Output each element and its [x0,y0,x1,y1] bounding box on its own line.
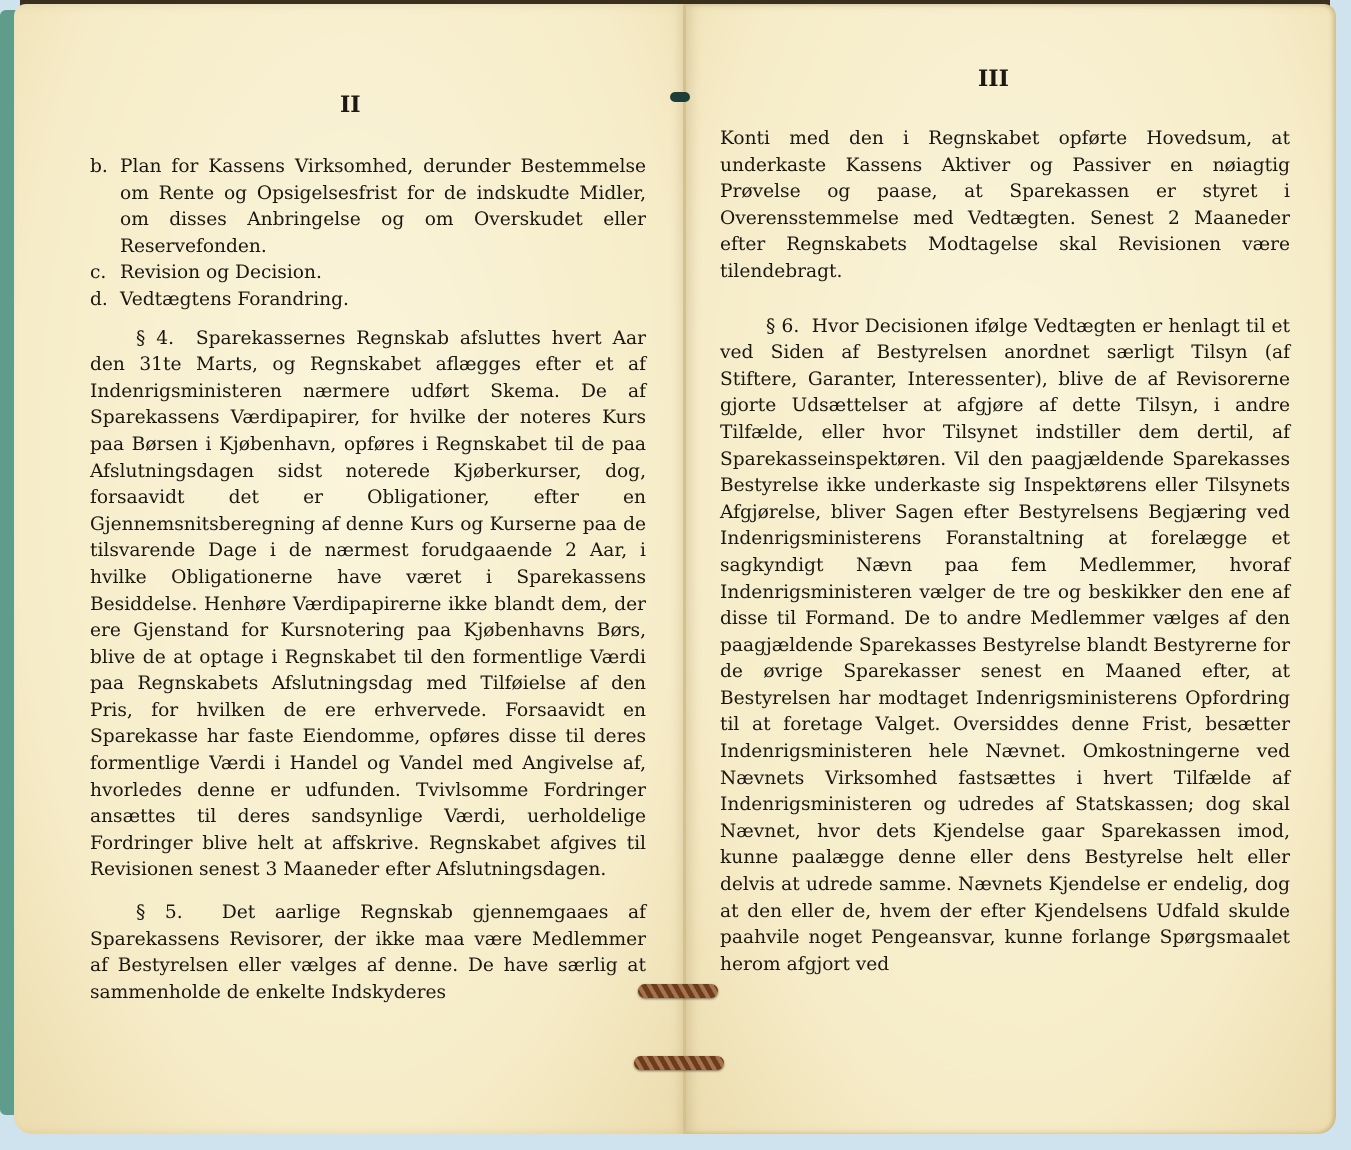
paragraph-section-6: § 6. Hvor Decisionen ifølge Vedtægten er… [720,314,1290,979]
section-number: § 4. [136,328,174,349]
paragraph-text: Konti med den i Regnskabet opførte Hoved… [720,128,1290,282]
list-item: d. Vedtægtens Forandring. [90,287,646,314]
paragraph-section-5: § 5. Det aarlige Regnskab gjennemgaaes a… [90,900,646,1006]
page-number: II [340,92,361,118]
paragraph-text: Hvor Decisionen ifølge Vedtægten er henl… [720,316,1290,975]
list-item-text: Revision og Decision. [120,260,646,287]
paragraph-section-4: § 4. Sparekassernes Regnskab afsluttes h… [90,326,646,884]
list-marker: d. [90,287,120,314]
list-marker: c. [90,260,120,287]
paragraph-continued: Konti med den i Regnskabet opførte Hoved… [720,126,1290,286]
left-page-text: b. Plan for Kassens Virksomhed, derunder… [90,154,646,1006]
left-page: II b. Plan for Kassens Virksomhed, derun… [14,4,686,1134]
section-number: § 6. [766,316,799,337]
list-item: c. Revision og Decision. [90,260,646,287]
right-page-text: Konti med den i Regnskabet opførte Hoved… [720,126,1290,978]
list-item-text: Vedtægtens Forandring. [120,287,646,314]
section-number: § 5. [136,902,183,923]
paragraph-text: Sparekassernes Regnskab afsluttes hvert … [90,328,646,881]
book-gutter [683,4,686,1134]
binding-staple-icon [670,92,690,102]
page-number: III [978,66,1009,92]
binding-thread-icon [638,984,718,998]
list-item-text: Plan for Kassens Virksomhed, derunder Be… [120,154,646,260]
binding-thread-icon [634,1056,724,1070]
list-item: b. Plan for Kassens Virksomhed, derunder… [90,154,646,260]
right-page: III Konti med den i Regnskabet opførte H… [686,4,1336,1134]
list-marker: b. [90,154,120,260]
